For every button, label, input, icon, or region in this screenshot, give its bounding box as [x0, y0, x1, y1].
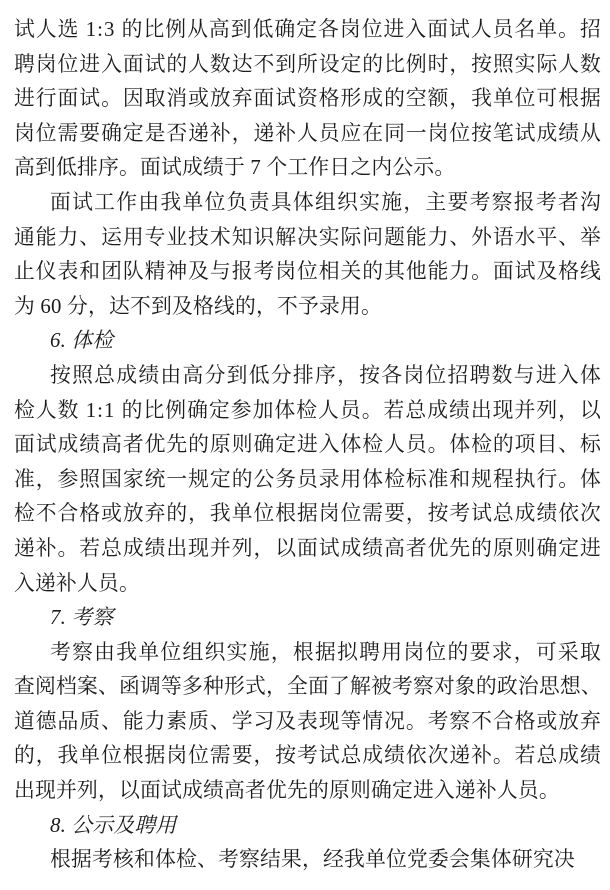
text-line: 高到低排序。面试成绩于 7 个工作日之内公示。: [14, 151, 601, 186]
text-line: 道德品质、能力素质、学习及表现等情况。考察不合格或放弃: [14, 705, 601, 740]
text-line: 考察由我单位组织实施，根据拟聘用岗位的要求，可采取: [14, 636, 601, 671]
text-line: 试人选 1:3 的比例从高到低确定各岗位进入面试人员名单。招: [14, 13, 601, 48]
text-line: 聘岗位进入面试的人数达不到所设定的比例时，按照实际人数: [14, 48, 601, 83]
text-line: 面试成绩高者优先的原则确定进入体检人员。体检的项目、标: [14, 428, 601, 463]
section-heading: 8. 公示及聘用: [14, 809, 601, 844]
text-line: 的，我单位根据岗位需要，按考试总成绩依次递补。若总成绩: [14, 739, 601, 774]
text-line: 通能力、运用专业技术知识解决实际问题能力、外语水平、举: [14, 221, 601, 256]
text-line: 止仪表和团队精神及与报考岗位相关的其他能力。面试及格线: [14, 255, 601, 290]
text-line: 准，参照国家统一规定的公务员录用体检标准和规程执行。体: [14, 463, 601, 498]
text-line: 面试工作由我单位负责具体组织实施，主要考察报考者沟: [14, 186, 601, 221]
text-line: 入递补人员。: [14, 567, 601, 602]
text-line: 出现并列，以面试成绩高者优先的原则确定进入递补人员。: [14, 774, 601, 809]
section-heading: 7. 考察: [14, 601, 601, 636]
document-body: 试人选 1:3 的比例从高到低确定各岗位进入面试人员名单。招聘岗位进入面试的人数…: [14, 13, 601, 878]
text-line: 检不合格或放弃的，我单位根据岗位需要，按考试总成绩依次: [14, 497, 601, 532]
text-line: 按照总成绩由高分到低分排序，按各岗位招聘数与进入体: [14, 359, 601, 394]
text-line: 检人数 1:1 的比例确定参加体检人员。若总成绩出现并列，以: [14, 394, 601, 429]
document-page: 试人选 1:3 的比例从高到低确定各岗位进入面试人员名单。招聘岗位进入面试的人数…: [0, 0, 610, 890]
text-line: 进行面试。因取消或放弃面试资格形成的空额，我单位可根据: [14, 82, 601, 117]
text-line: 递补。若总成绩出现并列，以面试成绩高者优先的原则确定进: [14, 532, 601, 567]
text-line: 根据考核和体检、考察结果，经我单位党委会集体研究决: [14, 843, 601, 878]
text-line: 查阅档案、函调等多种形式，全面了解被考察对象的政治思想、: [14, 670, 601, 705]
text-line: 岗位需要确定是否递补，递补人员应在同一岗位按笔试成绩从: [14, 117, 601, 152]
section-heading: 6. 体检: [14, 324, 601, 359]
text-line: 为 60 分，达不到及格线的，不予录用。: [14, 290, 601, 325]
